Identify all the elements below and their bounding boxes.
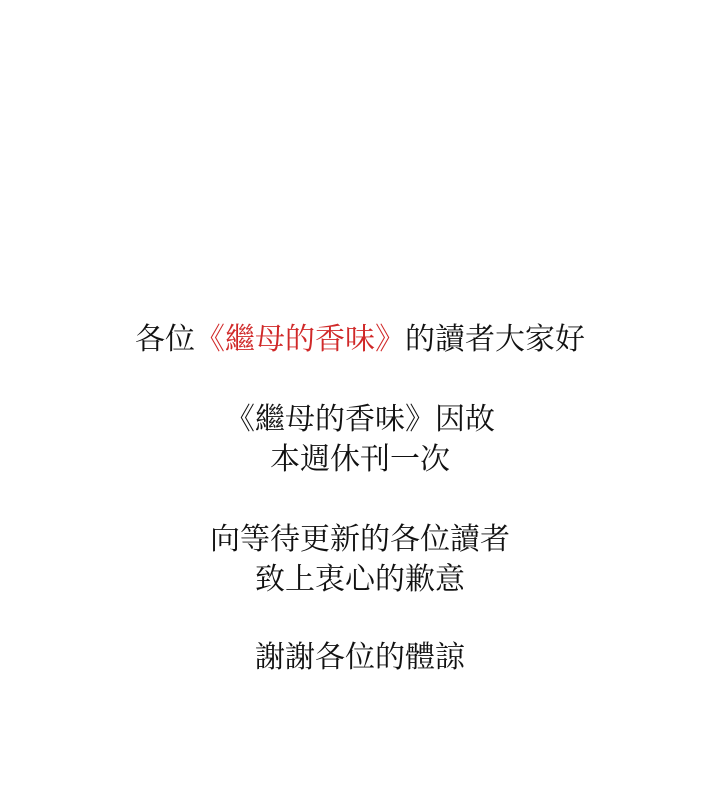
series-title: 《繼母的香味》 [195, 322, 405, 357]
greeting-suffix: 的讀者大家好 [405, 322, 585, 357]
apology-line-1: 向等待更新的各位讀者 [0, 520, 720, 560]
hiatus-reason-line: 《繼母的香味》因故 [0, 400, 720, 440]
greeting-line: 各位《繼母的香味》的讀者大家好 [0, 320, 720, 360]
thanks-line: 謝謝各位的體諒 [0, 638, 720, 678]
greeting-prefix: 各位 [135, 322, 195, 357]
apology-line-2: 致上衷心的歉意 [0, 560, 720, 600]
hiatus-notice: 各位《繼母的香味》的讀者大家好 《繼母的香味》因故 本週休刊一次 向等待更新的各… [0, 0, 720, 800]
hiatus-statement-line: 本週休刊一次 [0, 440, 720, 480]
